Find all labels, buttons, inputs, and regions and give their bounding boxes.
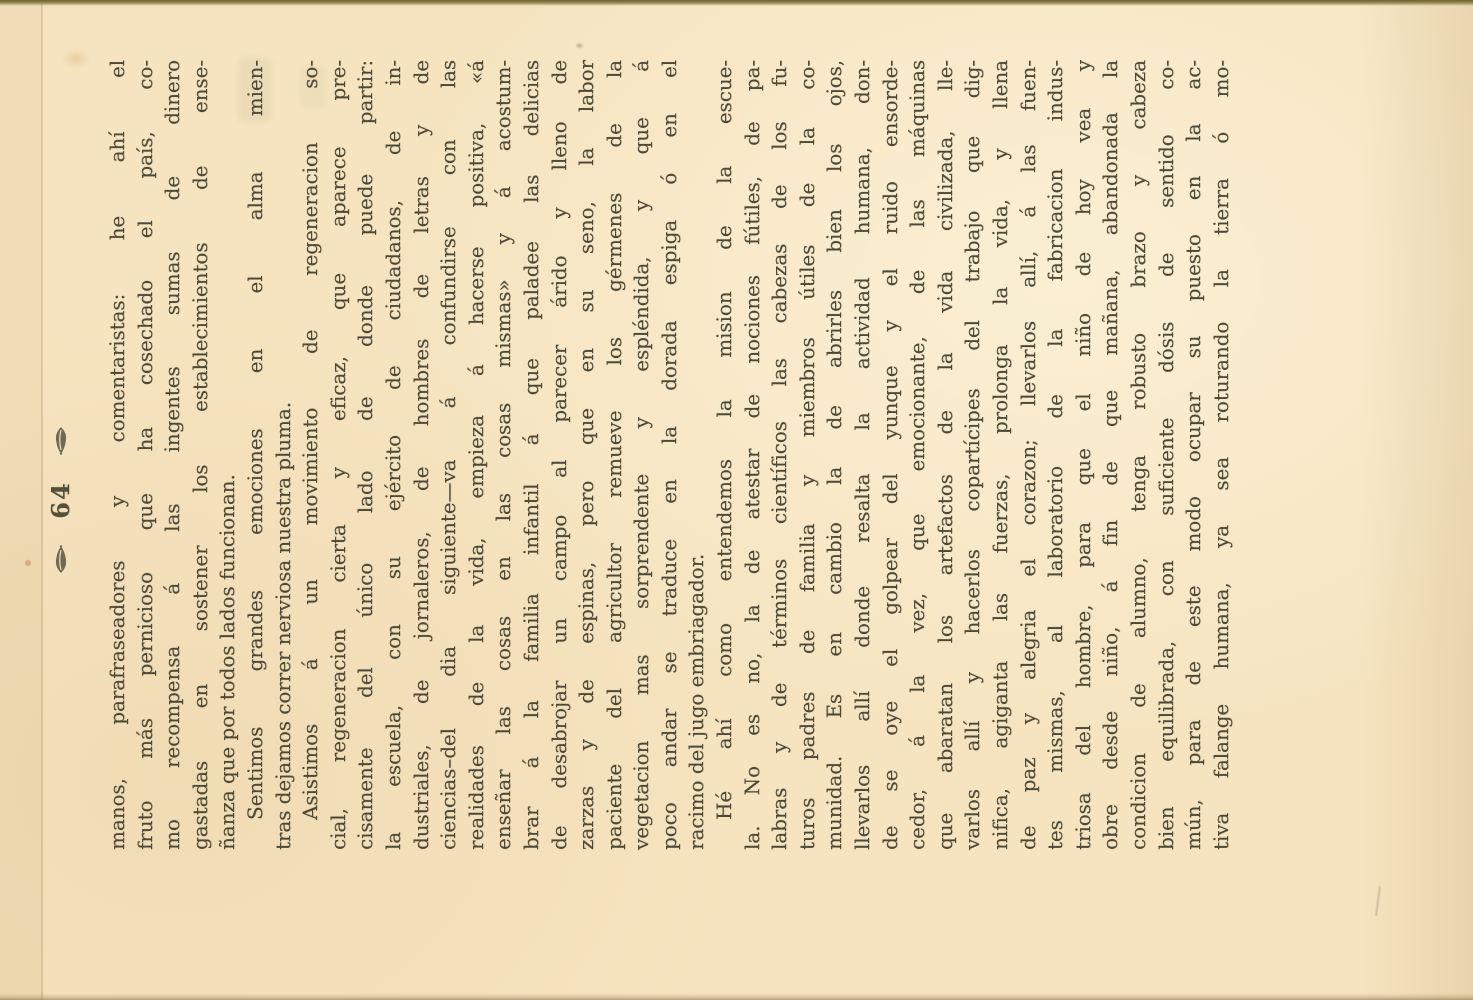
rotated-page-content: 64 manos, parafraseadores y comentarista… bbox=[0, 0, 1473, 1000]
text-line: dustriales, de jornaleros, de hombres de… bbox=[408, 60, 436, 850]
scan-top-edge-shadow bbox=[0, 0, 1473, 6]
text-line: realidades de la vida, empieza á hacerse… bbox=[463, 60, 491, 850]
text-line: brar á la familia infantil á que paladee… bbox=[518, 60, 546, 850]
text-line: Sentimos grandes emociones en el alma mi… bbox=[242, 60, 270, 850]
fleuron-ornament-left bbox=[54, 545, 68, 575]
text-line: poco andar se traduce en la dorada espig… bbox=[656, 60, 684, 850]
text-line: varlos allí y hacerlos copartícipes del … bbox=[959, 60, 987, 850]
text-line: tiva falange humana, ya sea roturando la… bbox=[1208, 60, 1236, 850]
fleuron-ornament-right bbox=[54, 425, 68, 455]
text-line: de paz y alegria el corazon; llevarlos a… bbox=[1015, 60, 1043, 850]
text-line: racimo del jugo embriagador. bbox=[683, 60, 711, 850]
text-line: zarzas y de espinas, pero que en su seno… bbox=[573, 60, 601, 850]
text-line: cial, regeneracion cierta y eficaz, que … bbox=[325, 60, 353, 850]
text-line: labras y de términos científicos las cab… bbox=[766, 60, 794, 850]
text-line: cisamente del único lado de donde puede … bbox=[352, 60, 380, 850]
text-line: que abaratan los artefactos de la vida c… bbox=[932, 60, 960, 850]
text-line: tras dejamos correr nerviosa nuestra plu… bbox=[270, 60, 298, 850]
text-line: vegetacion mas sorprendente y espléndida… bbox=[628, 60, 656, 850]
page-header: 64 bbox=[46, 0, 75, 1000]
scanned-book-page: { "page": { "number": "64", "ornaments":… bbox=[0, 0, 1473, 1000]
text-line: enseñar las cosas en las cosas mismas» y… bbox=[490, 60, 518, 850]
text-line: nifica, agiganta las fuerzas, prolonga l… bbox=[987, 60, 1015, 850]
text-line: fruto más pernicioso que ha cosechado el… bbox=[132, 60, 160, 850]
text-line: cedor, á la vez, que emocionante, de las… bbox=[904, 60, 932, 850]
text-line: ñanza que por todos lados funcionan. bbox=[214, 60, 242, 850]
text-line: condicion de alumno, tenga robusto brazo… bbox=[1125, 60, 1153, 850]
text-line: Asistimos á un movimiento de regeneracio… bbox=[297, 60, 325, 850]
text-line: munidad. Es en cambio la de abrirles bie… bbox=[821, 60, 849, 850]
text-line: la. No es no, la de atestar de nociones … bbox=[739, 60, 767, 850]
text-block: manos, parafraseadores y comentaristas: … bbox=[104, 60, 1235, 850]
page-number: 64 bbox=[46, 481, 75, 518]
text-line: gastadas en sostener los establecimiento… bbox=[187, 60, 215, 850]
text-line: mo recompensa á las ingentes sumas de di… bbox=[159, 60, 187, 850]
text-line: la escuela, con su ejército de ciudadano… bbox=[380, 60, 408, 850]
text-line: llevarlos allí donde resalta la activida… bbox=[849, 60, 877, 850]
text-line: ciencias–del dia siguiente—va á confundi… bbox=[435, 60, 463, 850]
text-line: obre desde niño, á fin de que mañana, ab… bbox=[1097, 60, 1125, 850]
text-line: de se oye el golpear del yunque y el rui… bbox=[877, 60, 905, 850]
text-line: manos, parafraseadores y comentaristas: … bbox=[104, 60, 132, 850]
text-line: tes mismas, al laboratorio de la fabrica… bbox=[1042, 60, 1070, 850]
text-line: turos padres de familia y miembros útile… bbox=[794, 60, 822, 850]
text-line: mún, para de este modo ocupar su puesto … bbox=[1180, 60, 1208, 850]
text-line: bien equilibrada, con suficiente dósis d… bbox=[1153, 60, 1181, 850]
text-line: paciente del agricultor remueve los gérm… bbox=[601, 60, 629, 850]
text-line: triosa del hombre, para que el niño de h… bbox=[1070, 60, 1098, 850]
scan-bottom-edge-shadow bbox=[0, 993, 1473, 1000]
text-line: Hé ahí como entendemos la mision de la e… bbox=[711, 60, 739, 850]
text-line: de desabrojar un campo al parecer árido … bbox=[546, 60, 574, 850]
